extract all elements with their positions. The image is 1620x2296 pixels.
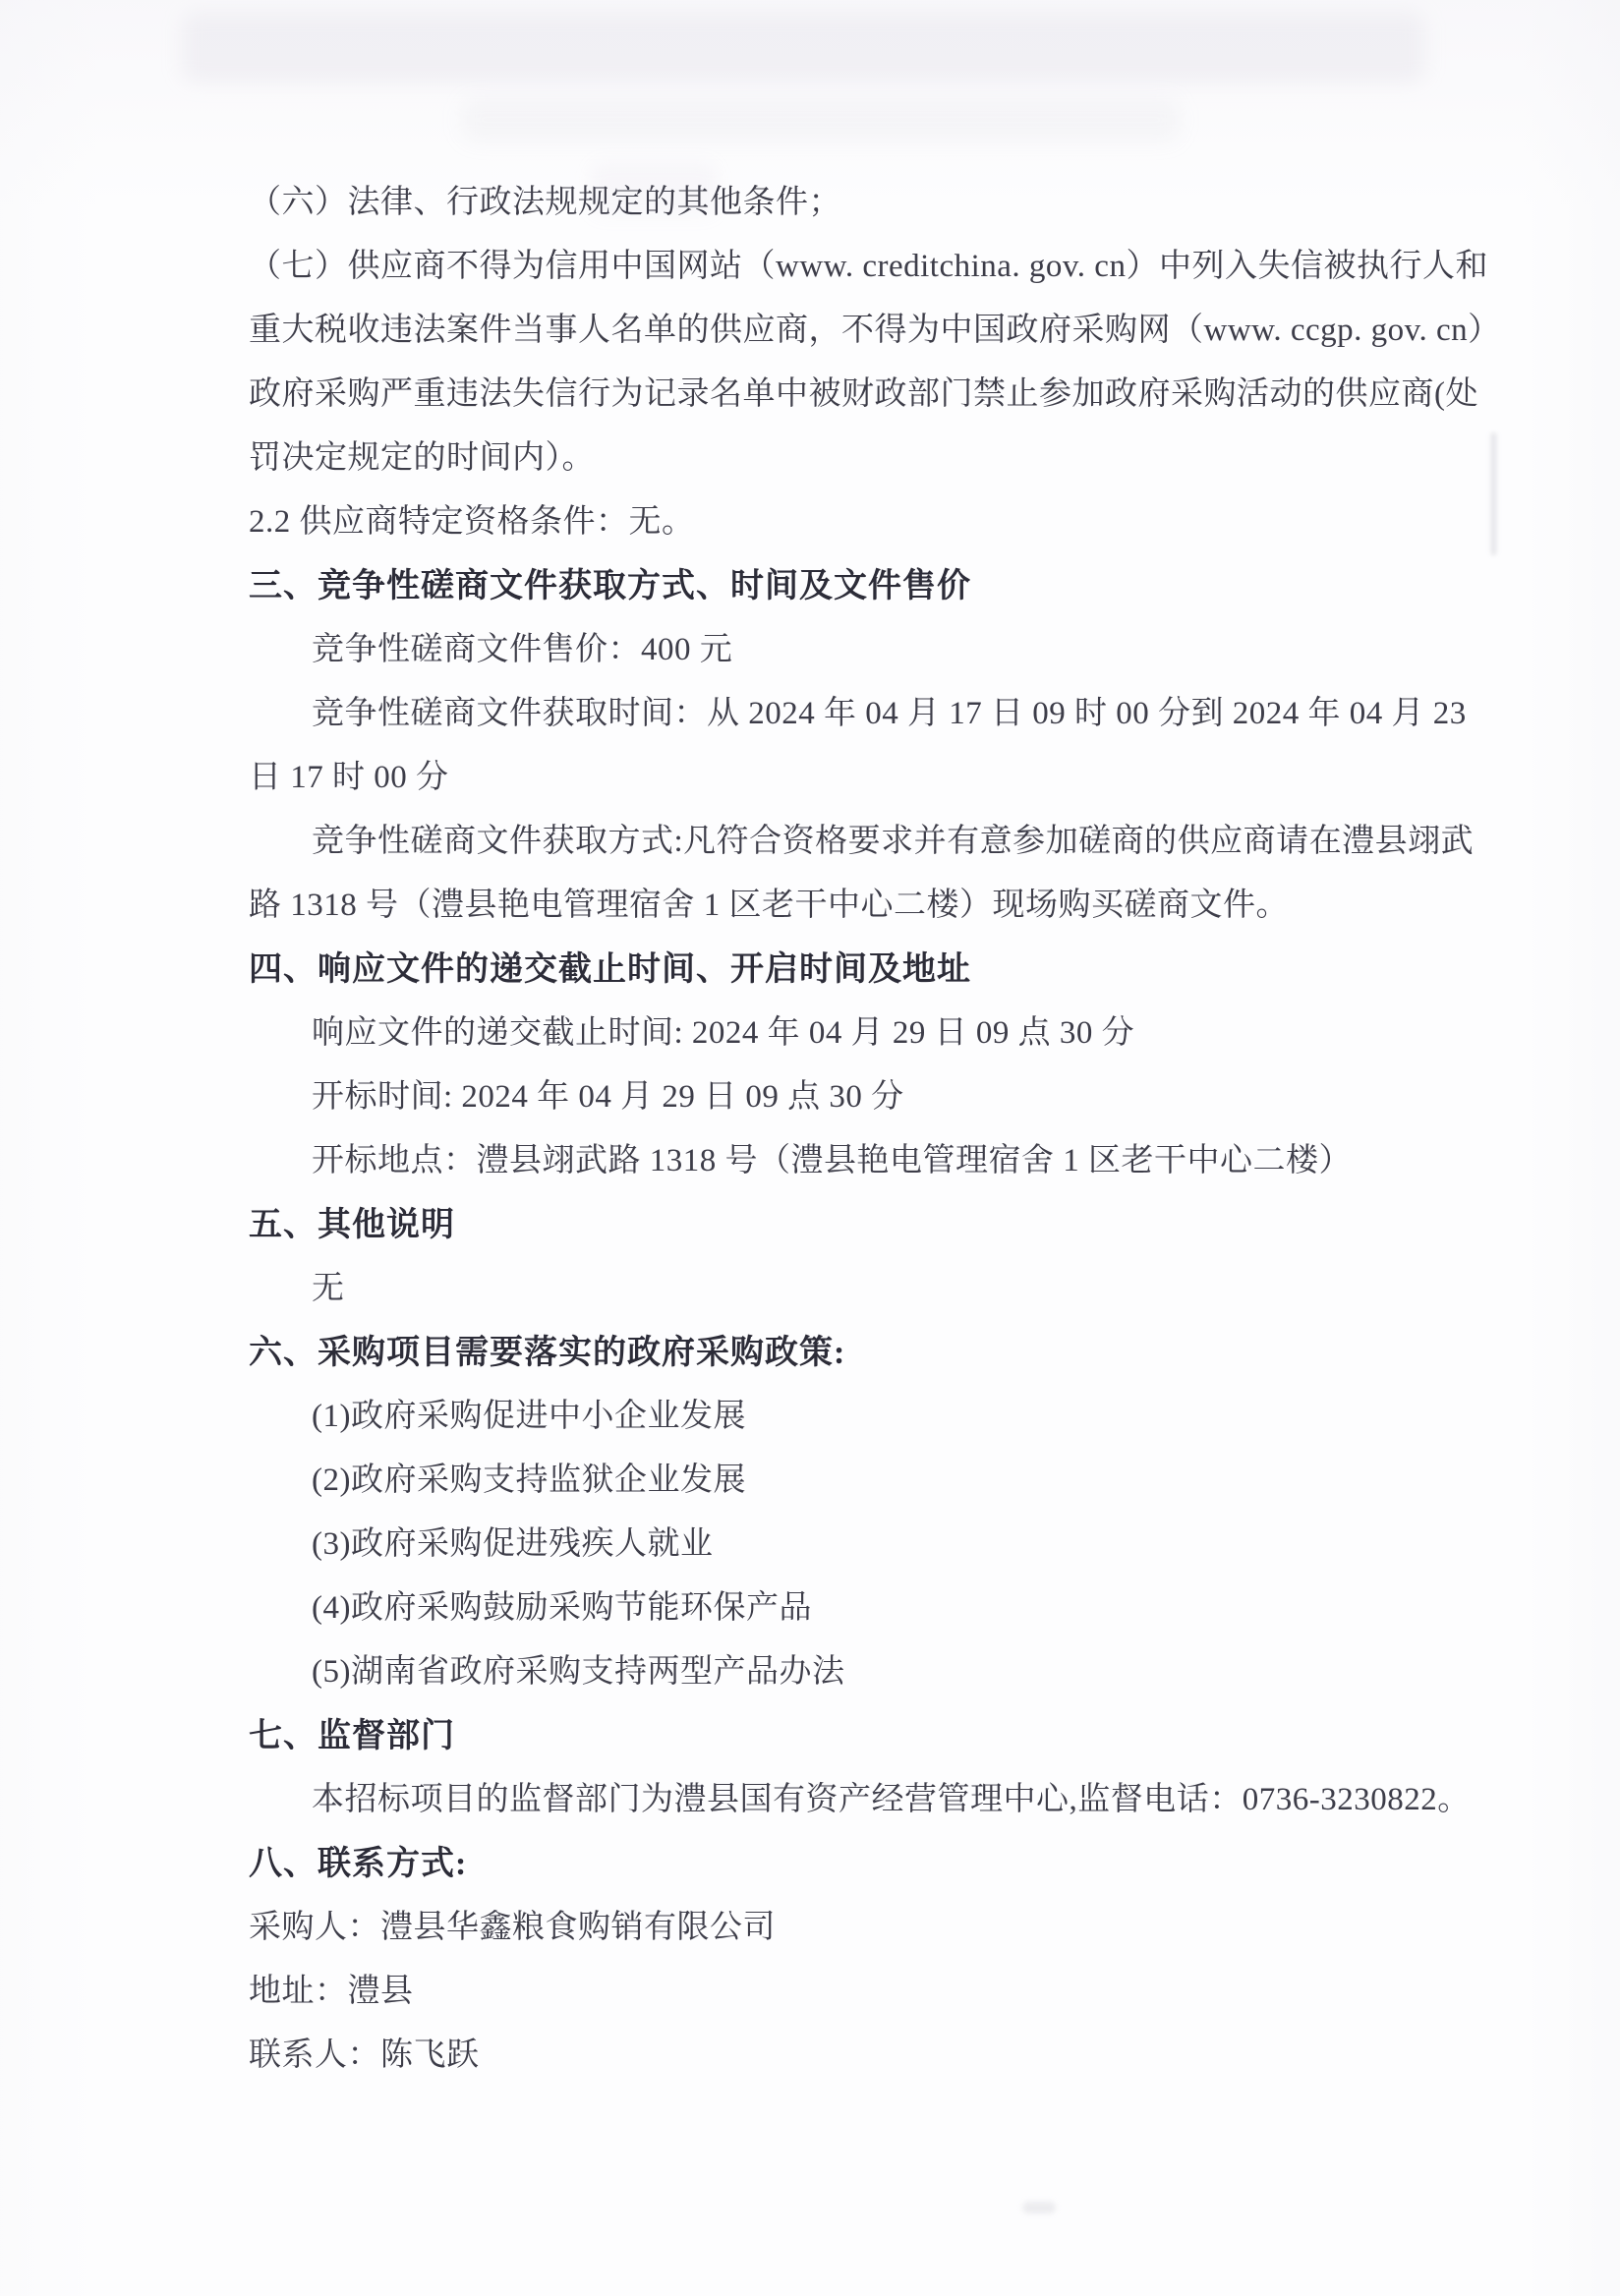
doc-obtain-time-line-2: 日 17 时 00 分 xyxy=(249,746,1473,810)
contact-person-line: 联系人：陈飞跃 xyxy=(249,2024,1473,2088)
other-notes-none-line: 无 xyxy=(249,1257,1473,1321)
bid-opening-time-line: 开标时间: 2024 年 04 月 29 日 09 点 30 分 xyxy=(249,1065,1473,1129)
doc-price-line: 竞争性磋商文件售价：400 元 xyxy=(249,618,1473,682)
submission-deadline-line: 响应文件的递交截止时间: 2024 年 04 月 29 日 09 点 30 分 xyxy=(249,1002,1473,1065)
section-4-heading: 四、响应文件的递交截止时间、开启时间及地址 xyxy=(249,938,1473,1002)
document-content: （六）法律、行政法规规定的其他条件； （七）供应商不得为信用中国网站（www. … xyxy=(249,171,1473,2088)
section-3-heading: 三、竞争性磋商文件获取方式、时间及文件售价 xyxy=(249,554,1473,618)
clause-6-line: （六）法律、行政法规规定的其他条件； xyxy=(249,171,1473,235)
bid-opening-place-line: 开标地点：澧县翊武路 1318 号（澧县艳电管理宿舍 1 区老干中心二楼） xyxy=(249,1129,1473,1193)
supervision-dept-line: 本招标项目的监督部门为澧县国有资产经营管理中心,监督电话：0736-323082… xyxy=(249,1768,1473,1832)
section-8-heading: 八、联系方式: xyxy=(249,1832,1473,1896)
clause-7-line-1: （七）供应商不得为信用中国网站（www. creditchina. gov. c… xyxy=(249,235,1473,299)
scan-bleedthrough-artifact xyxy=(462,98,1180,142)
scan-speck-artifact xyxy=(1022,2202,1056,2213)
doc-obtain-method-line-2: 路 1318 号（澧县艳电管理宿舍 1 区老干中心二楼）现场购买磋商文件。 xyxy=(249,874,1473,938)
purchaser-line: 采购人：澧县华鑫粮食购销有限公司 xyxy=(249,1896,1473,1960)
policy-item-5: (5)湖南省政府采购支持两型产品办法 xyxy=(249,1640,1473,1704)
scanned-document-page: （六）法律、行政法规规定的其他条件； （七）供应商不得为信用中国网站（www. … xyxy=(0,0,1620,2296)
section-6-heading: 六、采购项目需要落实的政府采购政策: xyxy=(249,1321,1473,1385)
scan-bleedthrough-artifact xyxy=(182,12,1425,83)
policy-item-3: (3)政府采购促进残疾人就业 xyxy=(249,1513,1473,1577)
section-7-heading: 七、监督部门 xyxy=(249,1704,1473,1768)
policy-item-4: (4)政府采购鼓励采购节能环保产品 xyxy=(249,1577,1473,1640)
clause-7-line-3: 政府采购严重违法失信行为记录名单中被财政部门禁止参加政府采购活动的供应商(处 xyxy=(249,363,1473,427)
section-5-heading: 五、其他说明 xyxy=(249,1193,1473,1257)
policy-item-1: (1)政府采购促进中小企业发展 xyxy=(249,1385,1473,1449)
policy-item-2: (2)政府采购支持监狱企业发展 xyxy=(249,1449,1473,1513)
doc-obtain-method-line-1: 竞争性磋商文件获取方式:凡符合资格要求并有意参加磋商的供应商请在澧县翊武 xyxy=(249,810,1473,874)
scan-streak-artifact xyxy=(1490,432,1497,555)
clause-7-line-2: 重大税收违法案件当事人名单的供应商，不得为中国政府采购网（www. ccgp. … xyxy=(249,299,1473,363)
doc-obtain-time-line-1: 竞争性磋商文件获取时间：从 2024 年 04 月 17 日 09 时 00 分… xyxy=(249,682,1473,746)
clause-7-line-4: 罚决定规定的时间内）。 xyxy=(249,427,1473,490)
address-line: 地址：澧县 xyxy=(249,1960,1473,2024)
clause-2-2-qualification-line: 2.2 供应商特定资格条件：无。 xyxy=(249,490,1473,554)
